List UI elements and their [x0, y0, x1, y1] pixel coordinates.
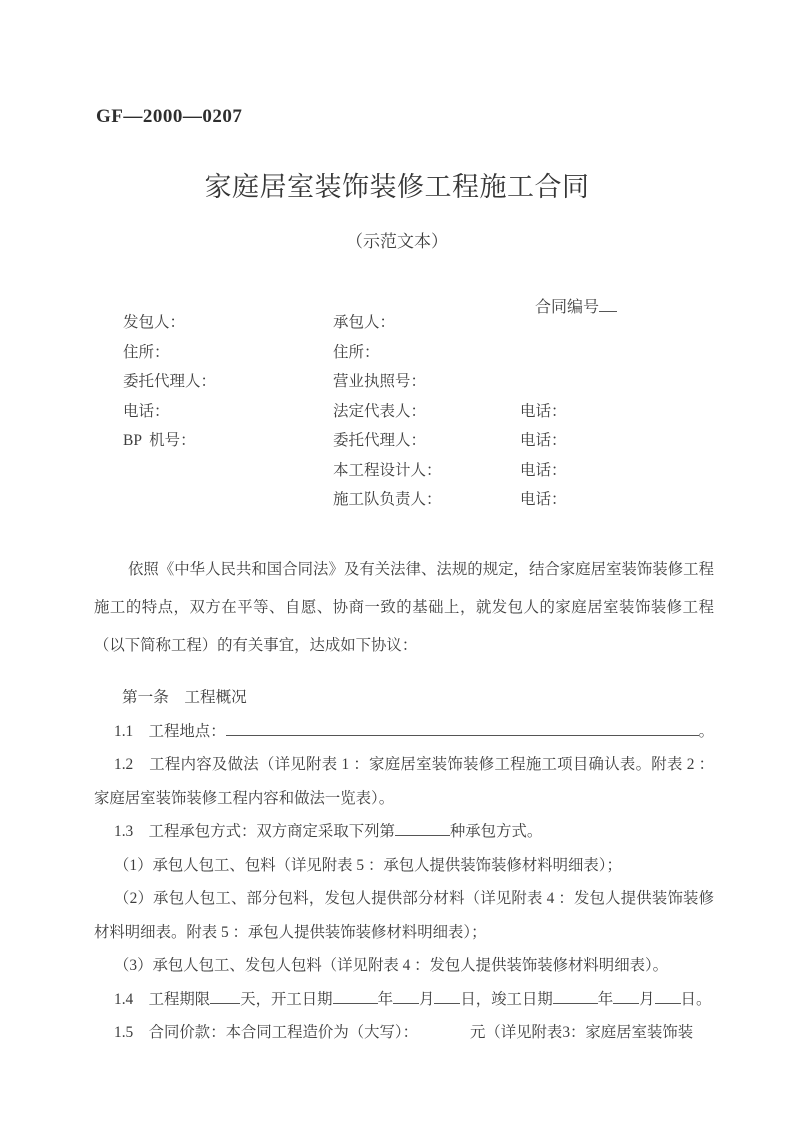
page-subtitle: （示范文本） — [0, 227, 794, 252]
page-title: 家庭居室装饰装修工程施工合同 — [0, 165, 794, 204]
party-label: 住所： — [333, 338, 520, 368]
section-clauses: 1.1 工程地点：。1.2 工程内容及做法（详见附表 1 ：家庭居室装饰装修工程… — [94, 715, 714, 1050]
clause-1-4: 1.4 工程期限天，开工日期年月日，竣工日期年月日。 — [94, 983, 714, 1017]
party-label: 电话： — [520, 456, 723, 486]
party-label: 委托代理人： — [333, 426, 520, 456]
party-row: BP 机号：委托代理人：电话： — [123, 426, 723, 456]
clause-text: 年 — [378, 983, 393, 1017]
clause-text: （2）承包人包工、部分包料，发包人提供部分材料（详见附表 4 ：发包人提供装饰装… — [94, 890, 714, 941]
clause-1-3-option-3: （3）承包人包工、发包人包料（详见附表 4 ：发包人提供装饰装修材料明细表）。 — [94, 949, 714, 983]
party-label: 施工队负责人： — [333, 485, 520, 515]
party-row: 本工程设计人：电话： — [123, 456, 723, 486]
party-row: 电话：法定代表人：电话： — [123, 397, 723, 427]
party-label: 委托代理人： — [123, 367, 333, 397]
party-label: 承包人： — [333, 308, 520, 338]
clause-text: （3）承包人包工、发包人包料（详见附表 4 ：发包人提供装饰装修材料明细表）。 — [114, 957, 668, 974]
clause-1-3: 1.3 工程承包方式：双方商定采取下列第种承包方式。 — [94, 815, 714, 849]
party-row: 发包人：承包人： — [123, 308, 723, 338]
party-label: 发包人： — [123, 308, 333, 338]
party-label: 电话： — [520, 426, 723, 456]
blank-field — [333, 987, 378, 1003]
preamble-paragraph: 依照《中华人民共和国合同法》及有关法律、法规的规定，结合家庭居室装饰装修工程施工… — [94, 551, 714, 665]
clause-text: 。 — [699, 715, 714, 749]
clause-1-3-option-1: （1）承包人包工、包料（详见附表 5 ：承包人提供装饰装修材料明细表）； — [94, 849, 714, 883]
clause-text: 月 — [639, 983, 654, 1017]
party-label: 住所： — [123, 338, 333, 368]
blank-field — [395, 820, 450, 836]
party-label: 法定代表人： — [333, 397, 520, 427]
party-label: BP 机号： — [123, 426, 333, 456]
clause-1-5: 1.5 合同价款：本合同工程造价为（大写）：元（详见附表3：家庭居室装饰装 — [94, 1016, 714, 1050]
doc-code: GF—2000—0207 — [96, 106, 242, 128]
clause-1-2: 1.2 工程内容及做法（详见附表 1 ：家庭居室装饰装修工程施工项目确认表。附表… — [94, 748, 714, 815]
party-row: 委托代理人：营业执照号： — [123, 367, 723, 397]
blank-field — [434, 987, 460, 1003]
party-label: 电话： — [520, 485, 723, 515]
blank-field — [210, 987, 240, 1003]
clause-text: 天，开工日期 — [240, 983, 332, 1017]
clause-text: 种承包方式。 — [450, 823, 542, 840]
clause-text: 元（详见附表3：家庭居室装饰装 — [470, 1016, 693, 1050]
party-label — [520, 338, 723, 368]
clause-text: 日，竣工日期 — [460, 983, 552, 1017]
section-1-heading: 第一条 工程概况 — [94, 681, 714, 715]
section-1: 第一条 工程概况 1.1 工程地点：。1.2 工程内容及做法（详见附表 1 ：家… — [94, 681, 714, 1050]
party-label — [520, 308, 723, 338]
clause-1-3-option-2: （2）承包人包工、部分包料，发包人提供部分材料（详见附表 4 ：发包人提供装饰装… — [94, 882, 714, 949]
party-row: 住所：住所： — [123, 338, 723, 368]
blank-field — [655, 987, 681, 1003]
clause-text: 日。 — [681, 983, 712, 1017]
clause-text: 1.3 工程承包方式：双方商定采取下列第 — [114, 823, 395, 840]
blank-field — [613, 987, 639, 1003]
party-label — [123, 485, 333, 515]
clause-text: 年 — [598, 983, 613, 1017]
blank-field — [226, 719, 699, 735]
clause-text: 1.1 工程地点： — [114, 715, 226, 749]
party-label: 营业执照号： — [333, 367, 520, 397]
parties-table: 发包人：承包人：住所：住所：委托代理人：营业执照号：电话：法定代表人：电话：BP… — [123, 308, 723, 515]
contract-document-page: GF—2000—0207 家庭居室装饰装修工程施工合同 （示范文本） 合同编号 … — [0, 0, 794, 1123]
party-label — [520, 367, 723, 397]
clause-text: 1.4 工程期限 — [114, 983, 210, 1017]
clause-text: 1.5 合同价款：本合同工程造价为（大写）： — [114, 1016, 418, 1050]
clause-1-1: 1.1 工程地点：。 — [94, 715, 714, 749]
clause-text: （1）承包人包工、包料（详见附表 5 ：承包人提供装饰装修材料明细表）； — [114, 857, 622, 874]
blank-field — [553, 987, 598, 1003]
party-label — [123, 456, 333, 486]
blank-gap — [418, 1022, 470, 1037]
clause-text: 1.2 工程内容及做法（详见附表 1 ：家庭居室装饰装修工程施工项目确认表。附表… — [94, 756, 714, 807]
clause-text: 月 — [419, 983, 434, 1017]
party-label: 电话： — [520, 397, 723, 427]
blank-field — [393, 987, 419, 1003]
party-label: 本工程设计人： — [333, 456, 520, 486]
party-label: 电话： — [123, 397, 333, 427]
party-row: 施工队负责人：电话： — [123, 485, 723, 515]
